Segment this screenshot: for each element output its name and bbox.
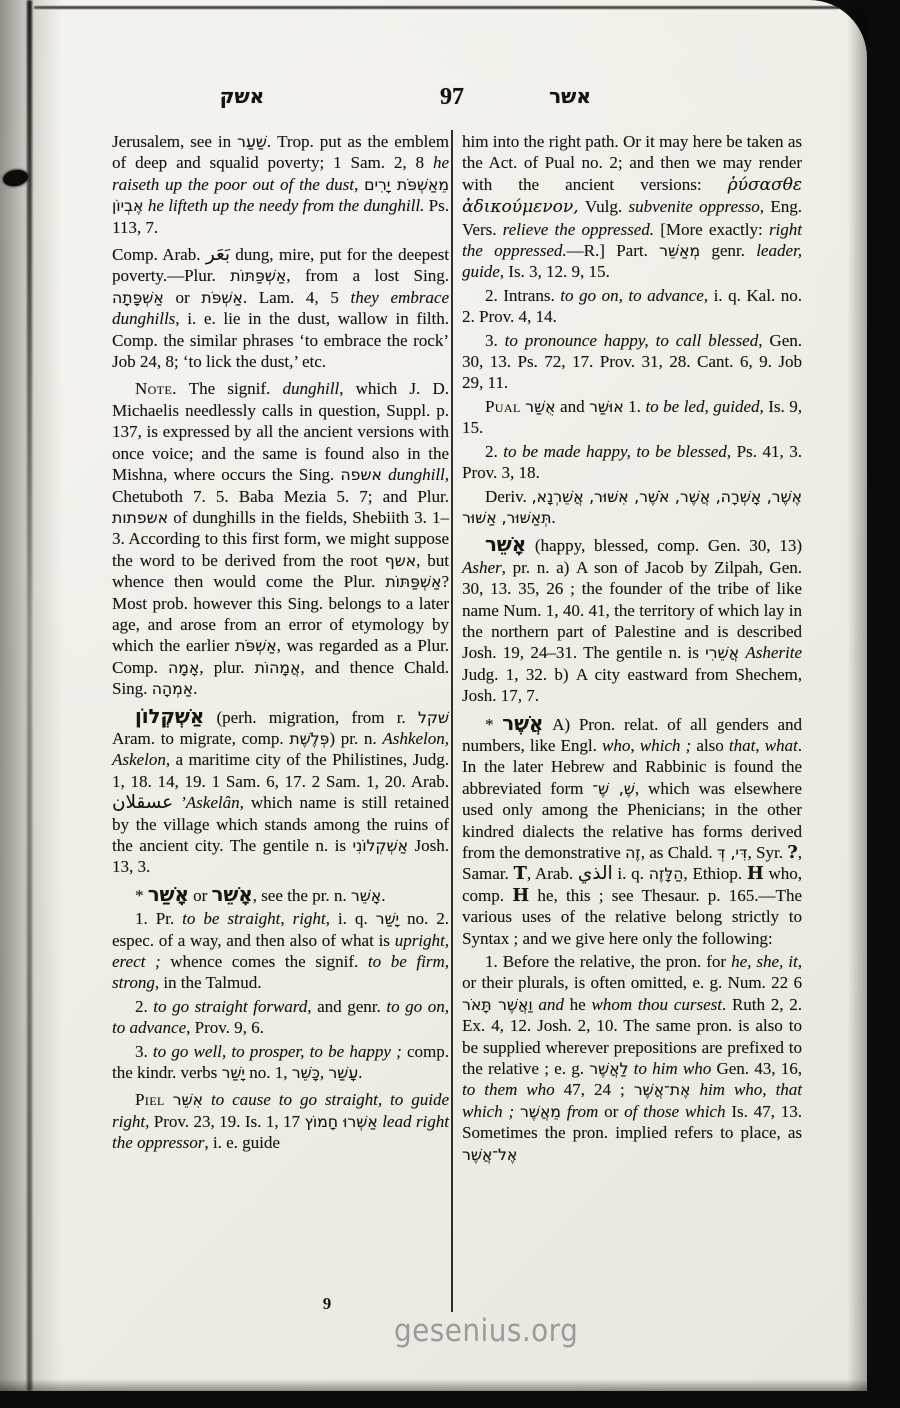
text-segment: 1. Before the relative, the pron. for bbox=[485, 952, 731, 971]
arabic-text: الذي bbox=[578, 863, 613, 884]
text-segment: The signif. bbox=[177, 379, 283, 398]
hebrew-text: שׁקל bbox=[418, 708, 449, 727]
arabic-text: بَعَر bbox=[206, 244, 230, 265]
hebrew-text: אָמָה bbox=[168, 658, 199, 677]
text-segment: Comp. Arab. bbox=[112, 245, 206, 264]
column-divider-rule bbox=[451, 130, 453, 1312]
italic-text: he lifteth up the needy from the dunghil… bbox=[148, 196, 425, 215]
printer-signature-mark: 9 bbox=[297, 1294, 357, 1314]
text-segment: Aram. to migrate, comp. bbox=[112, 729, 289, 748]
text-segment: (perh. migration, from r. bbox=[204, 708, 418, 727]
italic-text: to pronounce happy, to call blessed bbox=[505, 331, 759, 350]
text-segment: 2. bbox=[135, 997, 153, 1016]
italic-text: which ; bbox=[640, 736, 691, 755]
special-glyph: H bbox=[512, 885, 529, 906]
hebrew-text: זֶה bbox=[625, 843, 641, 862]
italic-text: ’Askelân bbox=[180, 793, 239, 812]
text-segment: 1. bbox=[624, 397, 646, 416]
italic-text: to be firm bbox=[368, 952, 445, 971]
italic-text: to go well, to prosper, to be happy ; bbox=[153, 1042, 402, 1061]
hebrew-text: אוּשַּׁר bbox=[589, 397, 624, 416]
dictionary-paragraph: 1. Pr. to be straight, right, i. q. יָשַ… bbox=[112, 908, 449, 994]
dictionary-paragraph: * אֲשֶׁר A) Pron. relat. of all genders … bbox=[462, 713, 802, 949]
text-segment: or bbox=[598, 1102, 624, 1121]
text-segment: . bbox=[551, 508, 555, 527]
text-segment: 2. Intrans. bbox=[485, 286, 560, 305]
text-segment: , Ethiop. bbox=[683, 864, 746, 883]
running-head-right-keyword: אשר bbox=[500, 84, 640, 108]
text-segment: , Prov. 23, 19. Is. 1, 17 bbox=[145, 1112, 304, 1131]
dictionary-paragraph: him into the right path. Or it may here … bbox=[462, 131, 802, 283]
hebrew-text: לַאֲשֶׁר bbox=[589, 1059, 628, 1078]
dictionary-paragraph: 1. Before the relative, the pron. for he… bbox=[462, 951, 802, 1165]
text-segment: 3. bbox=[135, 1042, 153, 1061]
dictionary-paragraph: 3. to pronounce happy, to call blessed, … bbox=[462, 330, 802, 394]
text-segment: ) pr. n. bbox=[329, 729, 382, 748]
text-segment: , as Chald. bbox=[641, 843, 717, 862]
text-segment: (happy, blessed, comp. Gen. 30, 13) bbox=[526, 536, 802, 555]
dictionary-paragraph: אָשֵׁר (happy, blessed, comp. Gen. 30, 1… bbox=[462, 534, 802, 706]
text-segment: [More exactly: bbox=[654, 220, 769, 239]
hebrew-text: יָשַׁר bbox=[222, 1063, 245, 1082]
special-glyph: T bbox=[514, 863, 527, 884]
small-caps-label: Note. bbox=[135, 379, 177, 398]
hebrew-text: שַׁעַר bbox=[237, 132, 267, 151]
dictionary-paragraph: Note. The signif. dunghill, which J. D. … bbox=[112, 378, 449, 699]
hebrew-text: דִּי, דְּ bbox=[717, 843, 748, 862]
italic-text: right bbox=[293, 909, 326, 928]
hebrew-text: אֲמָהוֹת bbox=[255, 658, 301, 677]
hebrew-text: אֻשַּׁר bbox=[525, 397, 555, 416]
text-segment: genr. bbox=[700, 241, 756, 260]
italic-text: to them who bbox=[462, 1080, 555, 1099]
hebrew-text: אשפתות bbox=[112, 508, 168, 527]
text-segment: also bbox=[691, 736, 729, 755]
scanned-book-page: אשק 97 אשר Jerusalem, see in שַׁעַר. Tro… bbox=[0, 0, 900, 1408]
dictionary-paragraph: 2. to go straight forward, and genr. to … bbox=[112, 996, 449, 1039]
italic-text: strong bbox=[112, 973, 155, 992]
hebrew-text: יָשַׁר bbox=[376, 909, 399, 928]
hebrew-text: אשף bbox=[385, 551, 417, 570]
text-segment: Jerusalem, see in bbox=[112, 132, 237, 151]
text-segment: , Arab. bbox=[527, 864, 578, 883]
dictionary-paragraph: Piel אִשֵּׁר to cause to go straight, to… bbox=[112, 1089, 449, 1153]
text-segment: or bbox=[189, 886, 212, 905]
hebrew-text: פְּלֶשֶׁת bbox=[289, 729, 329, 748]
text-segment: , and genr. bbox=[307, 997, 386, 1016]
page-paper: אשק 97 אשר Jerusalem, see in שַׁעַר. Tro… bbox=[0, 0, 867, 1391]
italic-text: relieve the oppressed. bbox=[503, 220, 654, 239]
text-segment: and bbox=[556, 397, 590, 416]
special-glyph: ? bbox=[787, 842, 797, 863]
text-segment: —R.] Part. bbox=[567, 241, 659, 260]
text-segment: , bbox=[755, 736, 764, 755]
hebrew-text: אַשְּׁרוּ חָמוֹץ bbox=[304, 1112, 377, 1131]
hebrew-text: אַשְׁפַּתּוֹת bbox=[385, 572, 441, 591]
italic-text: dunghill bbox=[388, 465, 445, 484]
text-segment: , bbox=[280, 909, 292, 928]
dictionary-paragraph: 3. to go well, to prosper, to be happy ;… bbox=[112, 1041, 449, 1084]
text-segment: , from a lost Sing. bbox=[286, 266, 449, 285]
italic-text: what bbox=[765, 736, 798, 755]
italic-text: that bbox=[729, 736, 755, 755]
hebrew-text: אַשְׁפֹּת bbox=[235, 636, 277, 655]
italic-text: and bbox=[538, 995, 564, 1014]
text-segment: Gen. 43, 16, bbox=[711, 1059, 802, 1078]
text-segment: , bbox=[630, 736, 639, 755]
text-segment: , Syr. bbox=[747, 843, 787, 862]
hebrew-text: מֵאֲשֶׁר bbox=[520, 1102, 561, 1121]
dictionary-paragraph: 2. to be made happy, to be blessed, Ps. … bbox=[462, 441, 802, 484]
hebrew-text: עָשַׁר bbox=[328, 1063, 358, 1082]
hebrew-text: אֶת־אֲשֶׁר bbox=[634, 1080, 691, 1099]
italic-text: whom thou cursest bbox=[591, 995, 722, 1014]
binding-gutter-shadow bbox=[0, 0, 62, 1391]
text-segment: 2. bbox=[485, 442, 503, 461]
text-segment: whence comes the signif. bbox=[161, 952, 368, 971]
dictionary-paragraph: Pual אֻשַּׁר and אוּשַּׁר 1. to be led, … bbox=[462, 396, 802, 439]
text-segment: 1. Pr. bbox=[135, 909, 182, 928]
hebrew-text: שֶׁ, שֶׁ־ bbox=[592, 779, 634, 798]
italic-text: Asher bbox=[462, 558, 502, 577]
hebrew-text: אַמְהָה bbox=[152, 679, 193, 698]
dictionary-paragraph: אַשְׁקְלוֹן (perh. migration, from r. שׁ… bbox=[112, 706, 449, 878]
hebrew-text: אִשֵּׁר bbox=[173, 1090, 203, 1109]
dictionary-paragraph: * אָשַׁר or אָשֵׁר, see the pr. n. אָשֵׁ… bbox=[112, 884, 449, 906]
italic-text: of those which bbox=[624, 1102, 725, 1121]
page-number: 97 bbox=[412, 84, 492, 111]
italic-text: from bbox=[567, 1102, 599, 1121]
hebrew-headword: אֲשֶׁר bbox=[502, 712, 543, 735]
text-segment: he bbox=[564, 995, 592, 1014]
special-glyph: H bbox=[747, 863, 764, 884]
dictionary-paragraph: 2. Intrans. to go on, to advance, i. q. … bbox=[462, 285, 802, 328]
text-segment: , i. q. bbox=[326, 909, 376, 928]
dictionary-paragraph: Deriv. אֶשֶׁר, אָשְׁרָה, אֲשֶׁר, אֹשֶׁר,… bbox=[462, 486, 802, 529]
hebrew-text: וַאֲשֶׁר תָּאֹר bbox=[462, 995, 533, 1014]
italic-text: to be straight bbox=[182, 909, 280, 928]
small-caps-label: Piel bbox=[135, 1090, 165, 1109]
text-segment: Vulg. bbox=[579, 197, 629, 216]
text-segment: no. 1, bbox=[245, 1063, 292, 1082]
italic-text: subvenite oppresso bbox=[628, 197, 759, 216]
text-segment: . bbox=[358, 1063, 362, 1082]
italic-text: who bbox=[602, 736, 630, 755]
text-segment bbox=[203, 1090, 211, 1109]
hebrew-headword: אָשַׁר bbox=[148, 883, 189, 906]
text-segment: , Prov. 9, 6. bbox=[186, 1018, 264, 1037]
text-segment bbox=[165, 1090, 173, 1109]
text-segment: * bbox=[485, 715, 502, 734]
italic-text: to go straight forward bbox=[153, 997, 307, 1016]
text-segment: or bbox=[164, 288, 202, 307]
hebrew-text: מְאַשֵּׁר bbox=[659, 241, 700, 260]
watermark-text: gesenius.org bbox=[394, 1313, 578, 1349]
hebrew-text: אשפה bbox=[340, 465, 381, 484]
hebrew-headword: אָשֵׁר bbox=[485, 533, 526, 556]
text-segment: 47, 24 ; bbox=[555, 1080, 634, 1099]
text-segment: . Lam. 4, 5 bbox=[243, 288, 351, 307]
hebrew-headword: אָשֵׁר bbox=[212, 883, 253, 906]
page-top-edge-shadow bbox=[34, 6, 840, 9]
hebrew-text: אֶל־אֲשֶׁר bbox=[462, 1145, 517, 1164]
italic-text: to be led, guided bbox=[645, 397, 759, 416]
running-head-left-keyword: אשק bbox=[172, 84, 312, 108]
text-segment: Deriv. bbox=[485, 487, 532, 506]
text-segment: , i. e. guide bbox=[204, 1133, 280, 1152]
text-segment: * bbox=[135, 886, 148, 905]
arabic-text: عسقلان bbox=[112, 792, 173, 813]
left-text-column: Jerusalem, see in שַׁעַר. Trop. put as t… bbox=[112, 131, 449, 1156]
hebrew-text: אַשְׁפָּתָה bbox=[112, 288, 164, 307]
small-caps-label: Pual bbox=[485, 397, 521, 416]
hebrew-text: אַשְׁפַּתּוֹת bbox=[230, 266, 286, 285]
text-segment: , see the pr. n. bbox=[253, 886, 351, 905]
hebrew-text: אַשְׁקְלוֹנִי bbox=[353, 836, 409, 855]
dictionary-paragraph: Jerusalem, see in שַׁעַר. Trop. put as t… bbox=[112, 131, 449, 238]
italic-text: to him who bbox=[634, 1059, 712, 1078]
text-segment: , in the Talmud. bbox=[155, 973, 262, 992]
right-text-column: him into the right path. Or it may here … bbox=[462, 131, 802, 1167]
hebrew-text: הַלָּזֶה bbox=[649, 864, 684, 883]
hebrew-text: אֲשֵׁרִי bbox=[705, 643, 739, 662]
italic-text: dunghill bbox=[283, 379, 340, 398]
hebrew-text: אָשֵׁר bbox=[351, 886, 381, 905]
hebrew-text: כָּשֵׁר bbox=[292, 1063, 320, 1082]
dictionary-paragraph: Comp. Arab. بَعَر dung, mire, put for th… bbox=[112, 244, 449, 372]
italic-text: Asherite bbox=[745, 643, 802, 662]
text-segment: . bbox=[381, 886, 385, 905]
text-segment: , plur. bbox=[199, 658, 254, 677]
hebrew-headword: אַשְׁקְלוֹן bbox=[135, 705, 204, 728]
text-segment: Judg. 1, 32. b) A city eastward from She… bbox=[462, 665, 802, 705]
hebrew-text: אַשְׁפֹּת bbox=[201, 288, 243, 307]
text-segment: 3. bbox=[485, 331, 505, 350]
italic-text: to be made happy, to be blessed bbox=[503, 442, 727, 461]
italic-text: to go on, to advance bbox=[560, 286, 704, 305]
italic-text: he, she, it bbox=[731, 952, 798, 971]
text-segment: . bbox=[193, 679, 197, 698]
text-segment: , bbox=[445, 952, 449, 971]
text-segment: i. q. bbox=[613, 864, 649, 883]
text-segment: , Is. 3, 12. 9, 15. bbox=[500, 262, 610, 281]
